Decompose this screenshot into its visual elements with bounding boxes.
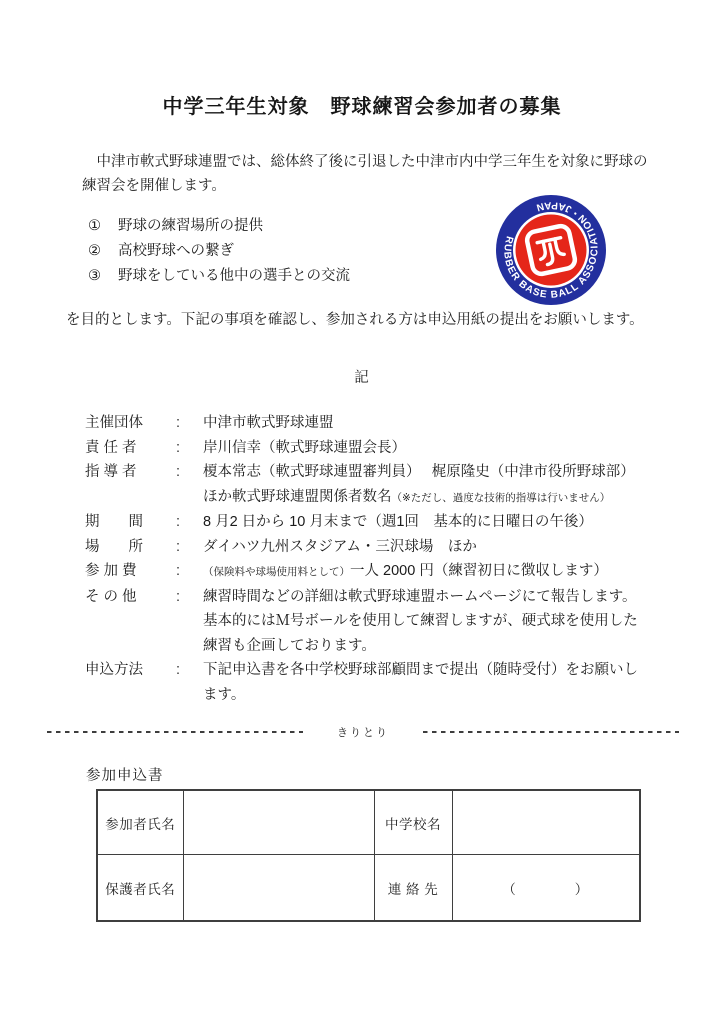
detail-row-apply: 申込方法 : 下記申込書を各中学校野球部顧問まで提出（随時受付）をお願いし ます… [85,658,665,707]
detail-label-other: そ の 他 [85,585,163,610]
list-item: ① 野球の練習場所の提供 [88,214,508,239]
detail-label-fee: 参 加 費 [85,559,163,584]
list-marker-3: ③ [88,264,118,289]
purpose-list: ① 野球の練習場所の提供 ② 高校野球への繋ぎ ③ 野球をしている他中の選手との… [88,214,508,289]
cell-participant-name-input [183,790,374,855]
coach-line-2: ほか軟式野球連盟関係者数名（※ただし、過度な技術的指導は行いません） [203,485,665,511]
detail-label-place: 場 所 [85,535,163,560]
detail-label-organizer: 主催団体 [85,411,163,436]
details-section: 主催団体 : 中津市軟式野球連盟 責 任 者 : 岸川信幸（軟式野球連盟会長） … [85,411,665,707]
detail-colon: : [163,460,203,485]
cell-contact-input: （ ） [452,855,640,922]
detail-value-period: 8 月2 日から 10 月末まで（週1回 基本的に日曜日の午後） [203,510,665,535]
detail-row-place: 場 所 : ダイハツ九州スタジアム・三沢球場 ほか [85,535,665,560]
coach-line-2-text: ほか軟式野球連盟関係者数名 [203,489,392,505]
cell-contact-label: 連 絡 先 [374,855,452,922]
page-title: 中学三年生対象 野球練習会参加者の募集 [0,90,724,119]
detail-colon: : [163,658,203,683]
fee-text: 一人 2000 円（練習初日に徴収します） [350,563,608,579]
application-table: 参加者氏名 中学校名 保護者氏名 連 絡 先 （ ） [96,789,641,922]
japan-rubber-baseball-association-logo: RUBBER BASE BALL ASSOCIATION・JAPAN [495,194,607,306]
cut-dash-left [47,731,303,733]
detail-row-fee: 参 加 費 : （保険料や球場使用料として）一人 2000 円（練習初日に徴収し… [85,559,665,585]
other-line-3: 練習も企画しております。 [203,634,665,659]
list-marker-1: ① [88,214,118,239]
detail-value-place: ダイハツ九州スタジアム・三沢球場 ほか [203,535,665,560]
list-text-2: 高校野球への繋ぎ [118,239,234,264]
table-row: 参加者氏名 中学校名 [97,790,640,855]
cut-dash-right [423,731,679,733]
coach-line-1: 榎本常志（軟式野球連盟審判員） 梶原隆史（中津市役所野球部） [203,460,665,485]
detail-colon: : [163,411,203,436]
cell-school-name-label: 中学校名 [374,790,452,855]
detail-label-apply: 申込方法 [85,658,163,683]
cell-participant-name-label: 参加者氏名 [97,790,183,855]
apply-line-2: ます。 [203,683,665,708]
list-text-3: 野球をしている他中の選手との交流 [118,264,350,289]
memo-heading: 記 [0,366,724,387]
detail-row-other: そ の 他 : 練習時間などの詳細は軟式野球連盟ホームページにて報告します。 基… [85,585,665,659]
coach-note-small: （※ただし、過度な技術的指導は行いません） [392,492,611,504]
other-line-1: 練習時間などの詳細は軟式野球連盟ホームページにて報告します。 [203,585,665,610]
detail-value-apply: 下記申込書を各中学校野球部顧問まで提出（随時受付）をお願いし ます。 [203,658,665,707]
detail-label-manager: 責 任 者 [85,436,163,461]
table-row: 保護者氏名 連 絡 先 （ ） [97,855,640,922]
apply-line-1: 下記申込書を各中学校野球部顧問まで提出（随時受付）をお願いし [203,658,665,683]
closing-paragraph: を目的とします。下記の事項を確認し、参加される方は申込用紙の提出をお願いします。 [66,308,658,332]
detail-colon: : [163,535,203,560]
association-seal-icon: RUBBER BASE BALL ASSOCIATION・JAPAN [495,194,607,306]
detail-label-period: 期 間 [85,510,163,535]
detail-value-coach: 榎本常志（軟式野球連盟審判員） 梶原隆史（中津市役所野球部） ほか軟式野球連盟関… [203,460,665,510]
fee-note-small: （保険料や球場使用料として） [203,566,350,578]
list-item: ② 高校野球への繋ぎ [88,239,508,264]
detail-value-fee: （保険料や球場使用料として）一人 2000 円（練習初日に徴収します） [203,559,665,585]
cell-guardian-name-label: 保護者氏名 [97,855,183,922]
detail-row-manager: 責 任 者 : 岸川信幸（軟式野球連盟会長） [85,436,665,461]
cut-line-label: きりとり [303,724,423,740]
detail-value-organizer: 中津市軟式野球連盟 [203,411,665,436]
cut-line: きりとり [47,725,679,739]
detail-colon: : [163,510,203,535]
other-line-2: 基本的にはＭ号ボールを使用して練習しますが、硬式球を使用した [203,609,665,634]
detail-label-coach: 指 導 者 [85,460,163,485]
application-form-heading: 参加申込書 [86,764,164,785]
detail-value-other: 練習時間などの詳細は軟式野球連盟ホームページにて報告します。 基本的にはＭ号ボー… [203,585,665,659]
detail-colon: : [163,436,203,461]
detail-row-coach: 指 導 者 : 榎本常志（軟式野球連盟審判員） 梶原隆史（中津市役所野球部） ほ… [85,460,665,510]
cell-school-name-input [452,790,640,855]
list-marker-2: ② [88,239,118,264]
detail-row-organizer: 主催団体 : 中津市軟式野球連盟 [85,411,665,436]
detail-colon: : [163,559,203,584]
intro-paragraph: 中津市軟式野球連盟では、総体終了後に引退した中津市内中学三年生を対象に野球の練習… [82,150,654,198]
document-page: 中学三年生対象 野球練習会参加者の募集 中津市軟式野球連盟では、総体終了後に引退… [0,0,724,1024]
detail-colon: : [163,585,203,610]
cell-guardian-name-input [183,855,374,922]
detail-value-manager: 岸川信幸（軟式野球連盟会長） [203,436,665,461]
detail-row-period: 期 間 : 8 月2 日から 10 月末まで（週1回 基本的に日曜日の午後） [85,510,665,535]
list-text-1: 野球の練習場所の提供 [118,214,263,239]
list-item: ③ 野球をしている他中の選手との交流 [88,264,508,289]
